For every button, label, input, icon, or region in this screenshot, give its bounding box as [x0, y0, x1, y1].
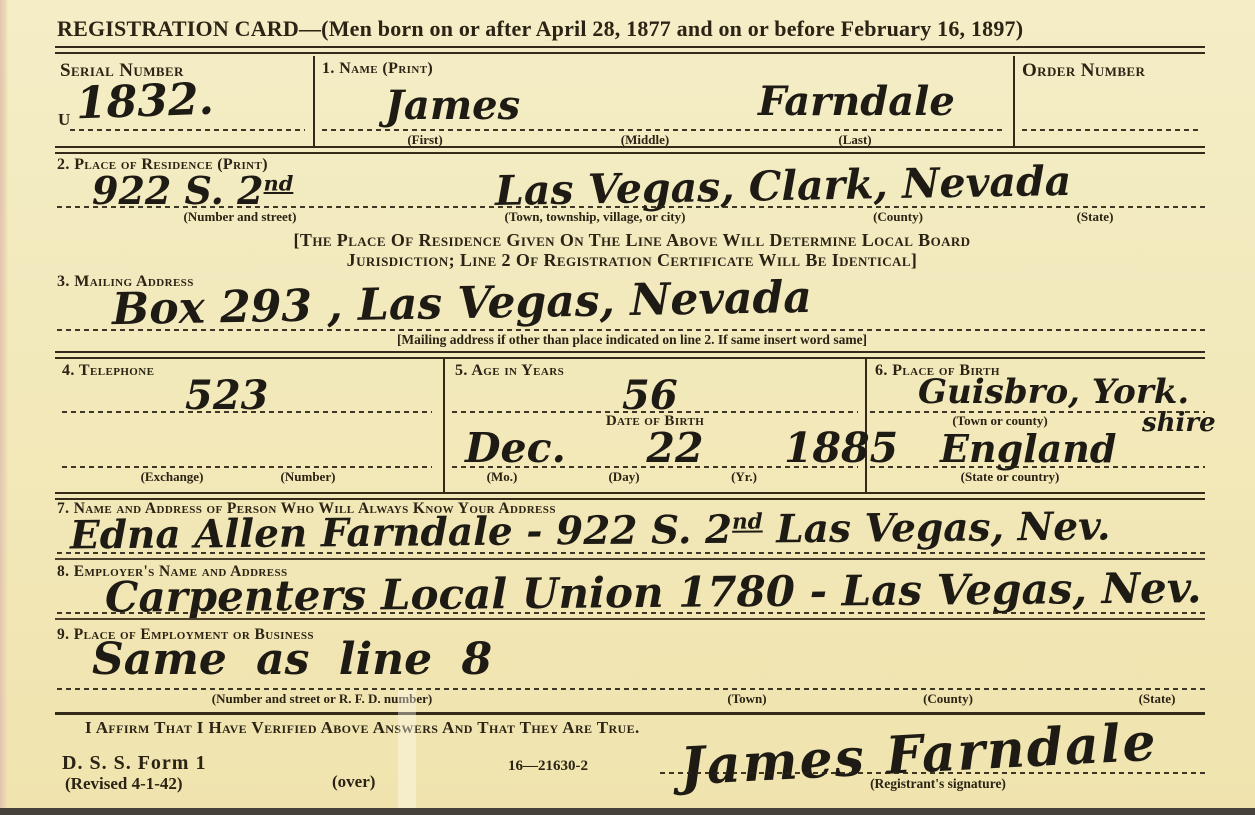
age-line2: [452, 466, 858, 468]
serial-line: [70, 129, 305, 131]
telephone-line2: [62, 466, 432, 468]
name-label: 1. Name (Print): [322, 60, 433, 78]
name-line: [322, 129, 1004, 131]
title-rule: [55, 46, 1205, 54]
birthplace-line2-value: England: [940, 426, 1116, 471]
residence-street-sup: nd: [264, 170, 294, 195]
caption-state-or-country: (State or country): [961, 469, 1060, 485]
mailing-value: Box 293 , Las Vegas, Nevada: [112, 272, 813, 335]
caption-county: (County): [873, 209, 923, 225]
order-number-label: Order Number: [1022, 60, 1145, 82]
row1-bottom-rule: [55, 146, 1205, 154]
mailing-caption: [Mailing address if other than place ind…: [397, 332, 867, 348]
caption-town-9: (Town): [727, 691, 766, 707]
caption-town: (Town, township, village, or city): [505, 209, 686, 225]
caption-county-9: (County): [923, 691, 973, 707]
card-left-edge: [0, 0, 8, 815]
birthplace-line2: [870, 466, 1205, 468]
residence-line: [57, 206, 1205, 208]
row456-bottom-rule: [55, 492, 1205, 500]
telephone-line1: [62, 411, 432, 413]
caption-day: (Day): [608, 469, 639, 485]
registration-card: REGISTRATION CARD—(Men born on or after …: [0, 0, 1255, 815]
form-name: D. S. S. Form 1: [62, 752, 206, 775]
name-last-value: Farndale: [758, 78, 955, 125]
signature-line: [660, 772, 1205, 774]
row1-divider-left: [313, 56, 315, 146]
scan-bottom-edge: [0, 808, 1255, 815]
caption-yr: (Yr.): [731, 469, 757, 485]
residence-notice-line1: [The Place Of Residence Given On The Lin…: [294, 230, 971, 251]
contact-value-a: Edna Allen Farndale - 922 S. 2: [70, 507, 733, 559]
contact-value-sup: nd: [732, 509, 763, 534]
telephone-label: 4. Telephone: [62, 362, 154, 380]
row1-divider-right: [1013, 56, 1015, 146]
mailing-bottom-rule: [55, 351, 1205, 359]
employment-line: [57, 688, 1205, 690]
signature-caption: (Registrant's signature): [870, 776, 1006, 792]
contact-bottom-rule: [55, 558, 1205, 560]
serial-prefix: U: [58, 110, 70, 130]
caption-state-9: (State): [1139, 691, 1176, 707]
card-title: REGISTRATION CARD—(Men born on or after …: [57, 16, 1023, 42]
serial-number-value: 1832.: [75, 74, 214, 130]
caption-number-street: (Number and street): [184, 209, 297, 225]
caption-state: (State): [1077, 209, 1114, 225]
residence-notice-line2: Jurisdiction; Line 2 Of Registration Cer…: [347, 250, 918, 271]
over-note: (over): [332, 772, 375, 792]
form-revision: (Revised 4-1-42): [65, 774, 183, 794]
caption-exchange: (Exchange): [141, 469, 204, 485]
employer-line: [57, 612, 1205, 614]
contact-line: [57, 552, 1205, 554]
affirmation-top-rule: [55, 712, 1205, 715]
employer-bottom-rule: [55, 618, 1205, 620]
dob-value: Dec. 22 1885: [465, 424, 898, 472]
order-line: [1022, 129, 1200, 131]
scan-crease: [398, 690, 416, 815]
caption-mo: (Mo.): [487, 469, 518, 485]
print-code: 16—21630-2: [508, 758, 588, 775]
contact-value-b: Las Vegas, Nev.: [762, 503, 1110, 552]
affirmation-text: I Affirm That I Have Verified Above Answ…: [85, 718, 640, 738]
birthplace-line1-value: Guisbro, York.: [918, 372, 1189, 412]
contact-value: Edna Allen Farndale - 922 S. 2nd Las Veg…: [70, 503, 1111, 558]
age-label: 5. Age in Years: [455, 362, 564, 380]
employment-value: Same as line 8: [92, 634, 492, 685]
caption-number: (Number): [281, 469, 336, 485]
name-first-value: James: [385, 82, 520, 129]
row456-divider-left: [443, 358, 445, 492]
mailing-line: [57, 329, 1205, 331]
